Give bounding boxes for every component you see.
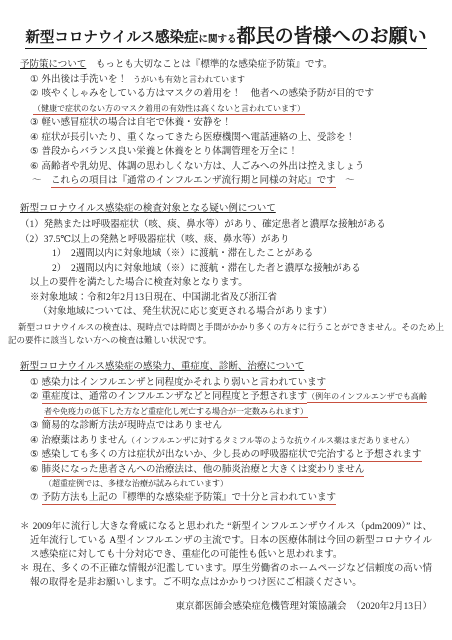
footnotes: ＊2009年に流行し大きな脅威になると思われた “新型インフルエンザウイルス（p… [20,520,432,590]
details-item-2: ②重症度は、通常のインフルエンザなどと同程度と予想されます（例年のインフルエンザ… [30,390,432,419]
prevention-intro-line: 予防策について もっとも大切なことは『標準的な感染症予防策』です。 [20,58,432,73]
item-number: ① [30,378,39,388]
item-inline-note: うがいも有効と言われています [133,75,245,84]
signature-line: 東京都医師会感染症危機管理対策協議会 （2020年2月13日） [20,600,432,614]
prevention-lead: 予防策について [20,60,86,70]
details-item-1: ①感染力はインフルエンザと同程度かそれより弱いと言われています [30,376,432,391]
details-item-4: ④治療薬はありません（インフルエンザに対するタミフル等のような抗ウイルス薬はまだ… [30,434,432,449]
prevention-intro-rest: もっとも大切なことは『標準的な感染症予防策』です。 [86,60,332,70]
document-page: 新型コロナウイルス感染症に関する都民の皆様へのお願い 予防策について もっとも大… [0,0,452,640]
item-text: 肺炎になった患者さんへの治療法は、他の肺炎治療と大きくは変わりません [42,465,365,477]
testing-heading: 新型コロナウイルス感染症の検査対象となる疑い例について [20,202,432,216]
footnote-text: 2009年に流行し大きな脅威になると思われた “新型インフルエンザウイルス（pd… [30,522,432,560]
item-text: 外出後は手洗いを！ [42,75,128,85]
prevention-summary: ～ これらの項目は『通常のインフルエンザ流行期と同様の対応』です ～ [32,174,432,189]
item-number: ⑤ [30,147,39,157]
prevention-item-5: ⑤普段からバランス良い栄養と休養をとり体調管理を万全に！ [30,145,432,160]
prevention-item-2: ②咳やくしゃみをしている方はマスクの着用を！ 他者への感染予防が目的です [30,87,432,102]
details-item-3: ③簡易的な診断方法が現時点ではありません [30,419,432,434]
testing-case-2-sub-1: 1） 2週間以内に対象地域（※）に渡航・滞在したことがある [52,247,432,262]
title-topic: 新型コロナウイルス感染症 [25,30,198,46]
asterisk-marker: ＊ [20,564,30,574]
item-number: ② [30,89,39,99]
severe-case-note-text: （超重症例では、多様な治療が試みられています） [44,479,228,488]
item-text: 予防方法も上記の『標準的な感染症予防策』で十分と言われています [42,493,337,505]
details-item-6: ⑥肺炎になった患者さんへの治療法は、他の肺炎治療と大きくは変わりません [30,463,432,478]
testing-case-2-sub-2: 2） 2週間以内に対象地域（※）に渡航・滞在した者と濃厚な接触がある [52,262,432,277]
footnote-1: ＊2009年に流行し大きな脅威になると思われた “新型インフルエンザウイルス（p… [20,520,432,562]
details-item-5: ⑤感染しても多くの方は症状が出ないか、少し長めの呼吸器症状で完治すると予想されま… [30,448,432,463]
item-number: ① [30,75,39,85]
item-text: 症状が長引いたり、重くなってきたら医療機関へ電話連絡の上、受診を！ [42,133,356,143]
summary-suffix: ～ [336,176,355,186]
title-main: 都民の皆様へのお願い [237,26,427,47]
item-number: ② [30,392,39,402]
item-text: 高齢者や乳幼児、体調の思わしくない方は、人ごみへの外出は控えましょう [42,162,365,172]
item-number: ⑤ [30,450,39,460]
prevention-item-1: ①外出後は手洗いを！うがいも有効と言われています [30,73,432,88]
testing-area-note-2: （対象地域については、発生状況に応じ変更される場合があります） [38,305,432,320]
mask-note-text: （健康で症状のない方のマスク着用の有効性は高くないと言われています） [33,104,305,115]
item-number: ③ [30,118,39,128]
item-text: 治療薬はありません [42,436,128,446]
prevention-item-2-note: （健康で症状のない方のマスク着用の有効性は高くないと言われています） [33,102,432,117]
item-paren-note: （インフルエンザに対するタミフル等のような抗ウイルス薬はまだありません） [127,436,414,445]
testing-conclusion: 以上の要件を満たした場合に検査対象となります。 [30,276,432,291]
item-number: ⑦ [30,493,39,503]
testing-area-note: ※対象地域：令和2年2月13日現在、中国湖北省及び浙江省 [30,291,432,306]
prevention-item-4: ④症状が長引いたり、重くなってきたら医療機関へ電話連絡の上、受診を！ [30,131,432,146]
item-number: ⑥ [30,465,39,475]
footnote-2: ＊現在、多くの不正確な情報が氾濫しています。厚生労働省のホームページなど信頼度の… [20,562,432,590]
item-text: 普段からバランス良い栄養と休養をとり体調管理を万全に！ [42,147,298,157]
prevention-item-3: ③軽い感冒症状の場合は自宅で休養・安静を！ [30,116,432,131]
details-heading: 新型コロナウイルス感染症の感染力、重症度、診断、治療について [20,360,432,374]
title-underline: 新型コロナウイルス感染症に関する都民の皆様へのお願い [25,30,426,49]
item-text: 感染しても多くの方は症状が出ないか、少し長めの呼吸器症状で完治すると予想されます [42,450,422,462]
testing-case-2: （2）37.5℃以上の発熱と呼吸器症状（咳、痰、鼻水等）があり [20,233,432,248]
item-number: ③ [30,421,39,431]
details-item-7: ⑦予防方法も上記の『標準的な感染症予防策』で十分と言われています [30,491,432,506]
summary-prefix: ～ [32,176,51,186]
asterisk-marker: ＊ [20,522,30,532]
item-text: 軽い感冒症状の場合は自宅で休養・安静を！ [42,118,232,128]
testing-case-1: （1）発熱または呼吸器症状（咳、痰、鼻水等）があり、確定患者と濃厚な接触がある [20,218,432,233]
summary-text: これらの項目は『通常のインフルエンザ流行期と同様の対応』です [51,176,336,188]
testing-paragraph: 新型コロナウイルスの検査は、現時点では時間と手間がかかり多くの方々に行うことがで… [8,321,444,347]
title-connector: に関する [199,35,237,45]
item-text: 簡易的な診断方法が現時点ではありません [42,421,223,431]
item-text: 重症度は、通常のインフルエンザなどと同程度と予想されます [42,392,308,404]
item-text: 感染力はインフルエンザと同程度かそれより弱いと言われています [42,378,327,390]
prevention-item-6: ⑥高齢者や乳幼児、体調の思わしくない方は、人ごみへの外出は控えましょう [30,160,432,175]
details-item-6-note: （超重症例では、多様な治療が試みられています） [44,477,432,491]
page-title: 新型コロナウイルス感染症に関する都民の皆様へのお願い [20,30,432,49]
item-number: ④ [30,133,39,143]
item-number: ④ [30,436,39,446]
footnote-text: 現在、多くの不正確な情報が氾濫しています。厚生労働省のホームページなど信頼度の高… [30,564,432,588]
item-text: 咳やくしゃみをしている方はマスクの着用を！ 他者への感染予防が目的です [42,89,375,99]
item-number: ⑥ [30,162,39,172]
